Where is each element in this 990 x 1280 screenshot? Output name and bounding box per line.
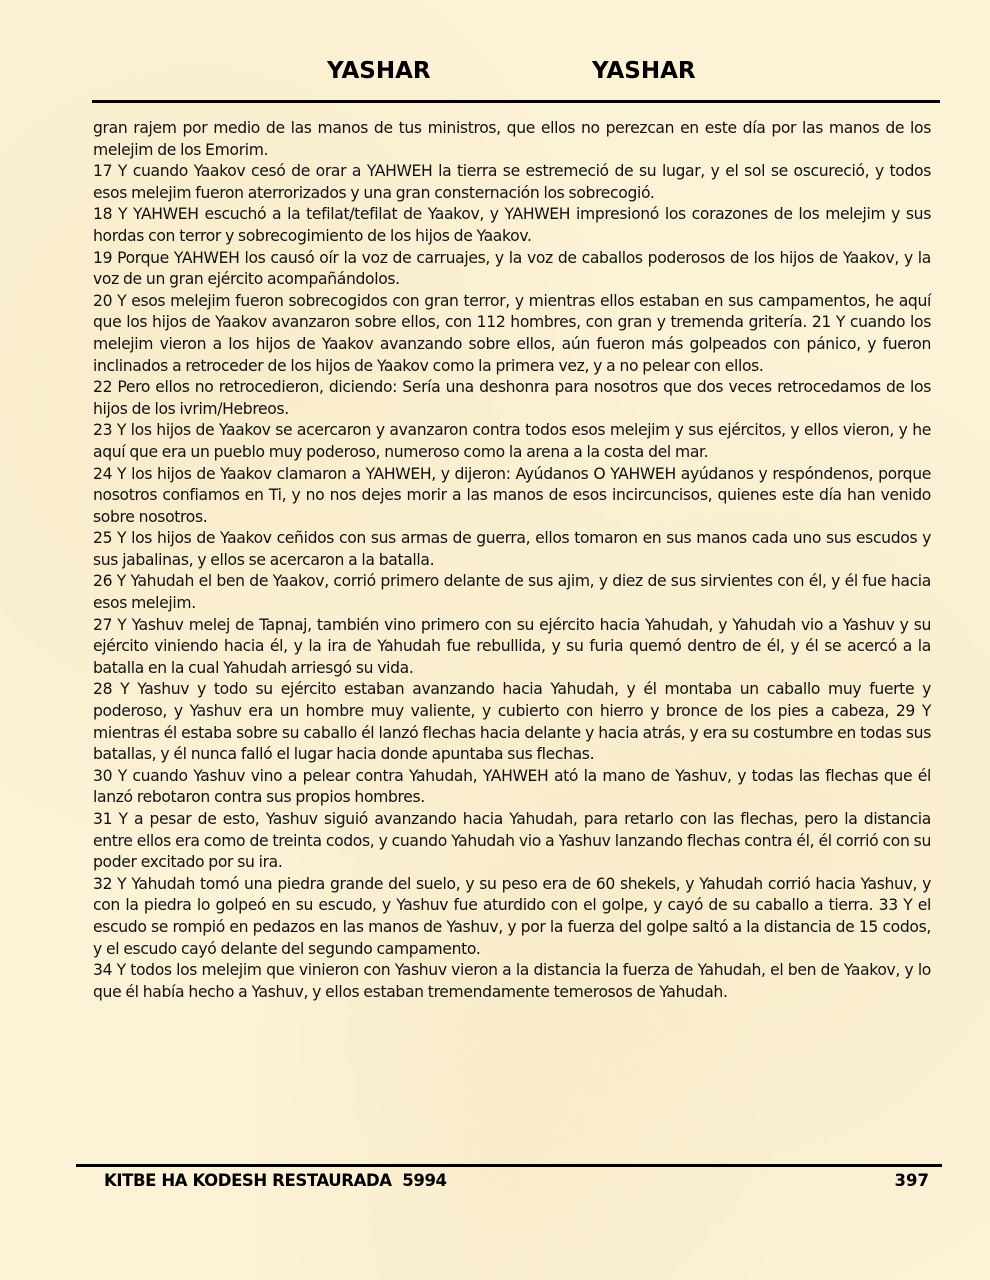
page-footer: KITBE HA KODESH RESTAURADA 5994 397	[0, 1171, 990, 1195]
paragraph-verse-25: 25 Y los hijos de Yaakov ceñidos con sus…	[93, 528, 931, 571]
paragraph-continuation: gran rajem por medio de las manos de tus…	[93, 118, 931, 161]
page-number: 397	[895, 1171, 929, 1190]
paragraph-verse-19: 19 Porque YAHWEH los causó oír la voz de…	[93, 248, 931, 291]
footer-book-title: KITBE HA KODESH RESTAURADA 5994	[104, 1171, 447, 1190]
footer-divider	[76, 1164, 942, 1167]
page-body: gran rajem por medio de las manos de tus…	[93, 118, 931, 1003]
header-divider	[92, 100, 940, 103]
paragraph-verse-20-21: 20 Y esos melejim fueron sobrecogidos co…	[93, 291, 931, 377]
page-header: YASHAR YASHAR	[0, 58, 990, 90]
paragraph-verse-26: 26 Y Yahudah el ben de Yaakov, corrió pr…	[93, 571, 931, 614]
paragraph-verse-28-29: 28 Y Yashuv y todo su ejército estaban a…	[93, 679, 931, 765]
paragraph-verse-31: 31 Y a pesar de esto, Yashuv siguió avan…	[93, 809, 931, 874]
paragraph-verse-22: 22 Pero ellos no retrocedieron, diciendo…	[93, 377, 931, 420]
paragraph-verse-34: 34 Y todos los melejim que vinieron con …	[93, 960, 931, 1003]
paragraph-verse-23: 23 Y los hijos de Yaakov se acercaron y …	[93, 420, 931, 463]
paragraph-verse-17: 17 Y cuando Yaakov cesó de orar a YAHWEH…	[93, 161, 931, 204]
paragraph-verse-27: 27 Y Yashuv melej de Tapnaj, también vin…	[93, 615, 931, 680]
paragraph-verse-18: 18 Y YAHWEH escuchó a la tefilat/tefilat…	[93, 204, 931, 247]
paragraph-verse-32-33: 32 Y Yahudah tomó una piedra grande del …	[93, 874, 931, 960]
paragraph-verse-24: 24 Y los hijos de Yaakov clamaron a YAHW…	[93, 464, 931, 529]
paragraph-verse-30: 30 Y cuando Yashuv vino a pelear contra …	[93, 766, 931, 809]
header-title-right: YASHAR	[592, 58, 696, 84]
header-title-left: YASHAR	[327, 58, 431, 84]
